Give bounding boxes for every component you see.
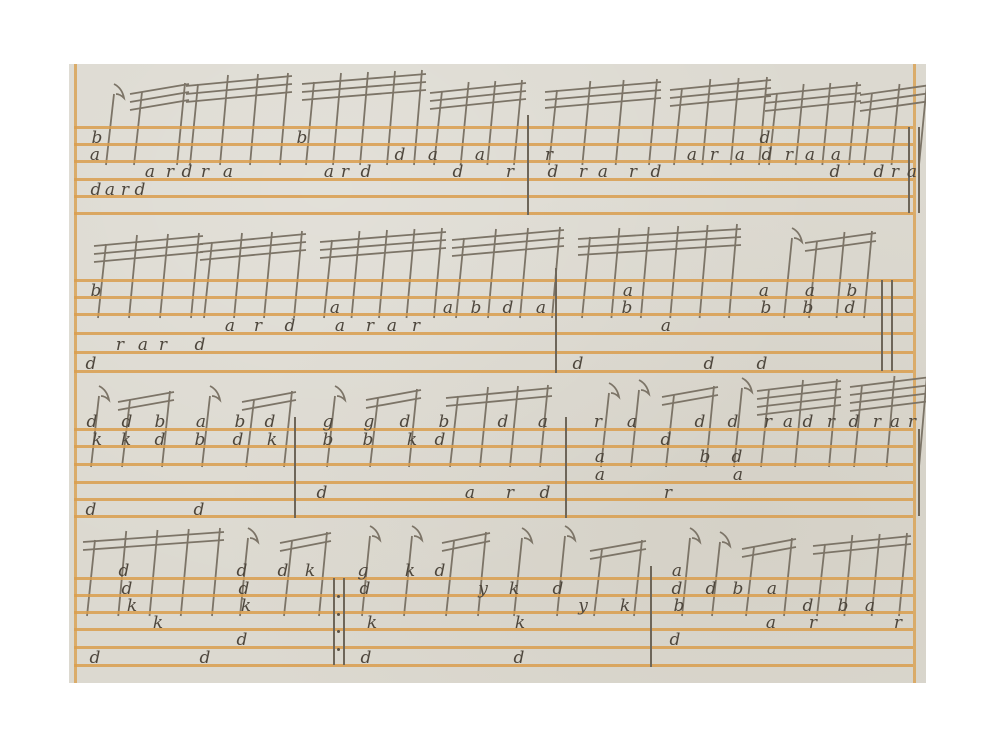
- tab-letter: y: [578, 597, 588, 614]
- rhythm-flag-group: [94, 233, 203, 318]
- tab-letter: d: [874, 164, 885, 181]
- tab-letter: b: [471, 299, 482, 316]
- tab-letter: r: [629, 164, 637, 181]
- rhythm-flag-group: [514, 528, 532, 616]
- tab-letter: y: [478, 580, 488, 597]
- tab-letter: a: [443, 299, 453, 316]
- rhythm-flag-group: [200, 231, 306, 318]
- tab-letter: b: [761, 299, 772, 316]
- tab-letter: d: [706, 580, 717, 597]
- tab-letter: d: [728, 414, 739, 431]
- tab-letter: a: [907, 164, 917, 181]
- tab-letter: d: [553, 580, 564, 597]
- tab-letter: r: [894, 614, 902, 631]
- tab-letter: r: [764, 414, 772, 431]
- tab-letter: a: [598, 164, 608, 181]
- tab-letter: d: [233, 431, 244, 448]
- tab-letter: r: [873, 414, 881, 431]
- staff-line: [74, 195, 913, 198]
- repeat-double-bar: [333, 578, 345, 665]
- tab-letter: k: [620, 597, 630, 614]
- barline: [527, 115, 529, 215]
- staff-line: [74, 628, 913, 631]
- tab-letter: a: [145, 164, 155, 181]
- tab-letter: r: [159, 336, 167, 353]
- rhythm-flag-group: [557, 526, 575, 616]
- tab-letter: d: [87, 414, 98, 431]
- rhythm-flag-group: [130, 83, 189, 165]
- tab-letter: b: [622, 299, 633, 316]
- tab-letter: d: [757, 355, 768, 372]
- tab-letter: r: [412, 317, 420, 334]
- staff-line: [74, 313, 913, 316]
- tab-letter: d: [803, 414, 814, 431]
- rhythm-flag-group: [302, 70, 426, 165]
- tab-letter: b: [733, 580, 744, 597]
- tab-letter: r: [809, 614, 817, 631]
- single-bar: [918, 429, 926, 516]
- rhythm-flag-group: [106, 84, 124, 165]
- tab-letter: r: [116, 336, 124, 353]
- tab-letter: r: [785, 146, 793, 163]
- tab-letter: g: [364, 414, 375, 431]
- tab-letter: r: [506, 484, 514, 501]
- tab-letter: r: [908, 414, 916, 431]
- tab-letter: d: [86, 501, 97, 518]
- tab-letter: b: [91, 282, 102, 299]
- tab-letter: k: [267, 431, 277, 448]
- tab-letter: d: [200, 650, 211, 667]
- tab-letter: d: [265, 414, 276, 431]
- tab-letter: b: [323, 431, 334, 448]
- tab-letter: a: [595, 449, 605, 466]
- tab-letter: a: [767, 580, 777, 597]
- tab-letter: a: [687, 146, 697, 163]
- tab-letter: d: [195, 336, 206, 353]
- tab-letter: d: [514, 650, 525, 667]
- tab-letter: d: [86, 355, 97, 372]
- tab-letter: k: [305, 563, 315, 580]
- tab-letter: k: [407, 431, 417, 448]
- tab-letter: a: [890, 414, 900, 431]
- tab-letter: r: [166, 164, 174, 181]
- tab-letter: a: [428, 146, 438, 163]
- tab-letter: r: [594, 414, 602, 431]
- staff-line: [74, 481, 913, 484]
- tab-letter: d: [119, 563, 130, 580]
- tab-letter: d: [651, 164, 662, 181]
- tab-letter: d: [503, 299, 514, 316]
- tab-letter: d: [695, 414, 706, 431]
- tab-letter: d: [91, 181, 102, 198]
- tab-letter: b: [363, 431, 374, 448]
- tab-letter: a: [805, 146, 815, 163]
- staff-line: [74, 370, 913, 373]
- tab-letter: d: [661, 431, 672, 448]
- tab-letter: d: [845, 299, 856, 316]
- tab-letter: r: [341, 164, 349, 181]
- tab-letter: r: [121, 181, 129, 198]
- tab-letter: a: [387, 317, 397, 334]
- tab-letter: d: [122, 414, 133, 431]
- tab-letter: r: [710, 146, 718, 163]
- tab-letter: k: [92, 431, 102, 448]
- tab-letter: b: [674, 597, 685, 614]
- tab-letter: d: [498, 414, 509, 431]
- tab-letter: d: [317, 484, 328, 501]
- tab-letter: a: [324, 164, 334, 181]
- tab-letter: r: [545, 146, 553, 163]
- rhythm-flag-group: [578, 224, 741, 318]
- tab-letter: r: [506, 164, 514, 181]
- staff-line: [74, 178, 913, 181]
- tab-letter: d: [548, 164, 559, 181]
- tab-letter: d: [90, 650, 101, 667]
- tab-letter: r: [664, 484, 672, 501]
- tab-letter: a: [475, 146, 485, 163]
- tab-letter: d: [182, 164, 193, 181]
- rhythm-flag-group: [670, 77, 771, 165]
- tab-letter: k: [405, 563, 415, 580]
- repeat-dot: [337, 648, 340, 651]
- staff-line: [74, 594, 913, 597]
- barline: [555, 268, 557, 373]
- tab-letter: d: [395, 146, 406, 163]
- tab-letter: d: [285, 317, 296, 334]
- double-bar: [881, 280, 893, 371]
- tab-letter: d: [704, 355, 715, 372]
- tab-letter: a: [330, 299, 340, 316]
- tab-letter: a: [865, 597, 875, 614]
- tab-letter: d: [135, 181, 146, 198]
- tab-letter: a: [223, 164, 233, 181]
- tab-letter: b: [700, 449, 711, 466]
- tab-letter: d: [237, 632, 248, 649]
- staff-line: [74, 296, 913, 299]
- tab-letter: d: [670, 632, 681, 649]
- tab-letter: b: [195, 431, 206, 448]
- tab-letter: r: [579, 164, 587, 181]
- notation-layer: [69, 64, 926, 683]
- tab-letter: b: [838, 597, 849, 614]
- tab-letter: b: [235, 414, 246, 431]
- tab-letter: d: [361, 164, 372, 181]
- tab-letter: d: [540, 484, 551, 501]
- tab-letter: r: [366, 317, 374, 334]
- staff-line: [74, 212, 913, 215]
- rhythm-flag-group: [712, 532, 730, 616]
- repeat-dot: [337, 613, 340, 616]
- barline: [294, 417, 296, 518]
- tab-letter: k: [241, 597, 251, 614]
- tab-letter: a: [733, 467, 743, 484]
- tab-letter: a: [627, 414, 637, 431]
- rhythm-flag-group: [83, 528, 224, 616]
- tab-letter: a: [90, 146, 100, 163]
- staff-line: [74, 577, 913, 580]
- tab-letter: a: [335, 317, 345, 334]
- tab-letter: d: [849, 414, 860, 431]
- tab-letter: a: [672, 563, 682, 580]
- tab-letter: b: [155, 414, 166, 431]
- tab-letter: a: [536, 299, 546, 316]
- tab-letter: d: [361, 650, 372, 667]
- rhythm-flag-group: [186, 73, 292, 165]
- tab-letter: k: [367, 614, 377, 631]
- tab-letter: d: [435, 431, 446, 448]
- tab-letter: d: [762, 146, 773, 163]
- tab-letter: a: [138, 336, 148, 353]
- barline: [650, 566, 652, 667]
- rhythm-flag-group: [545, 79, 661, 165]
- tab-letter: d: [453, 164, 464, 181]
- tab-letter: d: [732, 449, 743, 466]
- tab-letter: d: [573, 355, 584, 372]
- tab-letter: a: [831, 146, 841, 163]
- rhythm-flag-group: [813, 533, 911, 616]
- tab-letter: d: [155, 431, 166, 448]
- tab-letter: a: [538, 414, 548, 431]
- tab-letter: a: [465, 484, 475, 501]
- tab-letter: b: [439, 414, 450, 431]
- tab-letter: k: [153, 614, 163, 631]
- tab-letter: a: [105, 181, 115, 198]
- tab-letter: g: [358, 563, 369, 580]
- staff-line: [74, 126, 913, 129]
- barline: [565, 417, 567, 518]
- tab-letter: d: [237, 563, 248, 580]
- tab-letter: k: [515, 614, 525, 631]
- tab-letter: a: [595, 467, 605, 484]
- staff-line: [74, 611, 913, 614]
- tab-letter: k: [509, 580, 519, 597]
- tab-letter: k: [121, 431, 131, 448]
- tab-letter: r: [827, 414, 835, 431]
- tab-letter: b: [803, 299, 814, 316]
- tab-letter: a: [196, 414, 206, 431]
- tab-letter: r: [201, 164, 209, 181]
- tab-letter: a: [783, 414, 793, 431]
- tab-letter: d: [435, 563, 446, 580]
- tab-letter: b: [297, 129, 308, 146]
- staff-line: [74, 463, 913, 466]
- tab-letter: d: [400, 414, 411, 431]
- tab-letter: a: [766, 614, 776, 631]
- tab-letter: r: [891, 164, 899, 181]
- staff-line: [74, 279, 913, 282]
- rhythm-flag-group: [805, 231, 876, 318]
- manuscript-page: badardardrabarddadarrdrardaraddraaddrabd…: [69, 64, 926, 683]
- tab-letter: d: [278, 563, 289, 580]
- rhythm-flag-group: [442, 532, 490, 616]
- tab-letter: a: [661, 317, 671, 334]
- tab-letter: g: [323, 414, 334, 431]
- tab-letter: d: [830, 164, 841, 181]
- tab-letter: d: [360, 580, 371, 597]
- rhythm-flag-group: [784, 228, 802, 318]
- tab-letter: a: [225, 317, 235, 334]
- tab-letter: r: [254, 317, 262, 334]
- rhythm-flag-group: [682, 528, 700, 616]
- tab-letter: d: [194, 501, 205, 518]
- tab-letter: k: [127, 597, 137, 614]
- tab-letter: a: [735, 146, 745, 163]
